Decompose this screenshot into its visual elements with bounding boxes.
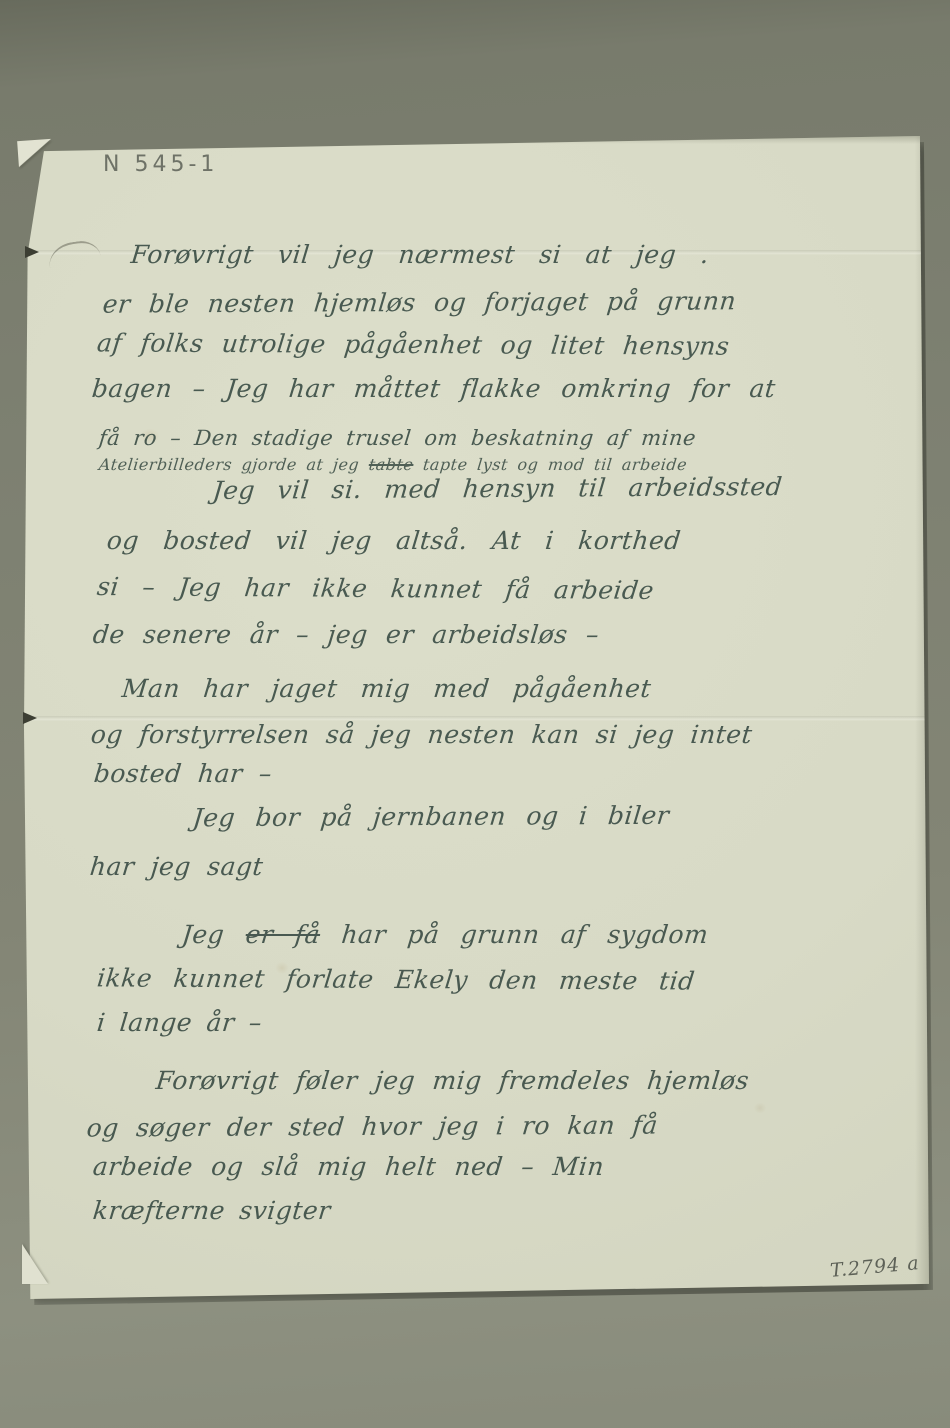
corner-fold	[22, 1244, 48, 1284]
manuscript-line-06: Atelierbilleders gjorde at jeg tabte tap…	[98, 455, 688, 474]
manuscript-line-12: og forstyrrelsen så jeg nesten kan si je…	[89, 720, 753, 749]
manuscript-line-09: si – Jeg har ikke kunnet få arbeide	[96, 572, 656, 605]
paper-edge-shading	[24, 136, 929, 144]
manuscript-line-16: Jeg er få har på grunn af sygdom	[180, 920, 709, 949]
manuscript-line-07: Jeg vil si. med hensyn til arbeidssted	[211, 472, 783, 505]
line-16-text: Jeg	[180, 920, 247, 949]
manuscript-line-11: Man har jaget mig med pågåenhet	[120, 674, 652, 703]
line-06-text: tapte lyst og mod til arbeide	[412, 455, 688, 474]
manuscript-line-13: bosted har –	[92, 759, 273, 788]
catalog-number-top: N 545-1	[103, 152, 218, 177]
manuscript-line-10: de senere år – jeg er arbeidsløs –	[91, 620, 600, 649]
manuscript-line-15: har jeg sagt	[88, 852, 264, 881]
line-06-text: Atelierbilleders gjorde at jeg	[98, 455, 370, 474]
manuscript-line-17: ikke kunnet forlate Ekely den meste tid	[96, 963, 697, 995]
tear-notch	[23, 712, 37, 724]
manuscript-line-05: få ro – Den stadige trusel om beskatning…	[98, 426, 698, 450]
manuscript-line-08: og bosted vil jeg altså. At i korthed	[105, 526, 682, 555]
manuscript-line-22: kræfterne svigter	[91, 1196, 332, 1225]
photograph-of-manuscript: N 545-1 Forøvrigt vil jeg nærmest si at …	[0, 0, 950, 1428]
manuscript-line-01: Forøvrigt vil jeg nærmest si at jeg .	[129, 240, 710, 269]
struck-word: tabte	[368, 455, 415, 474]
corner-fold	[17, 139, 53, 167]
tear-notch	[25, 246, 39, 258]
manuscript-line-02: er ble nesten hjemløs og forjaget på gru…	[101, 286, 737, 318]
manuscript-line-20: og søger der sted hvor jeg i ro kan få	[85, 1111, 659, 1143]
manuscript-line-04: bagen – Jeg har måttet flakke omkring fo…	[90, 374, 777, 403]
manuscript-line-19: Forøvrigt føler jeg mig fremdeles hjemlø…	[154, 1066, 750, 1095]
manuscript-line-21: arbeide og slå mig helt ned – Min	[91, 1152, 605, 1181]
manuscript-line-14: Jeg bor på jernbanen og i biler	[191, 801, 670, 832]
manuscript-line-03: af folks utrolige pågåenhet og litet hen…	[96, 328, 731, 360]
manuscript-line-18: i lange år –	[95, 1008, 263, 1037]
struck-word: er få	[244, 920, 321, 949]
line-16-text: har på grunn af sygdom	[319, 920, 710, 949]
